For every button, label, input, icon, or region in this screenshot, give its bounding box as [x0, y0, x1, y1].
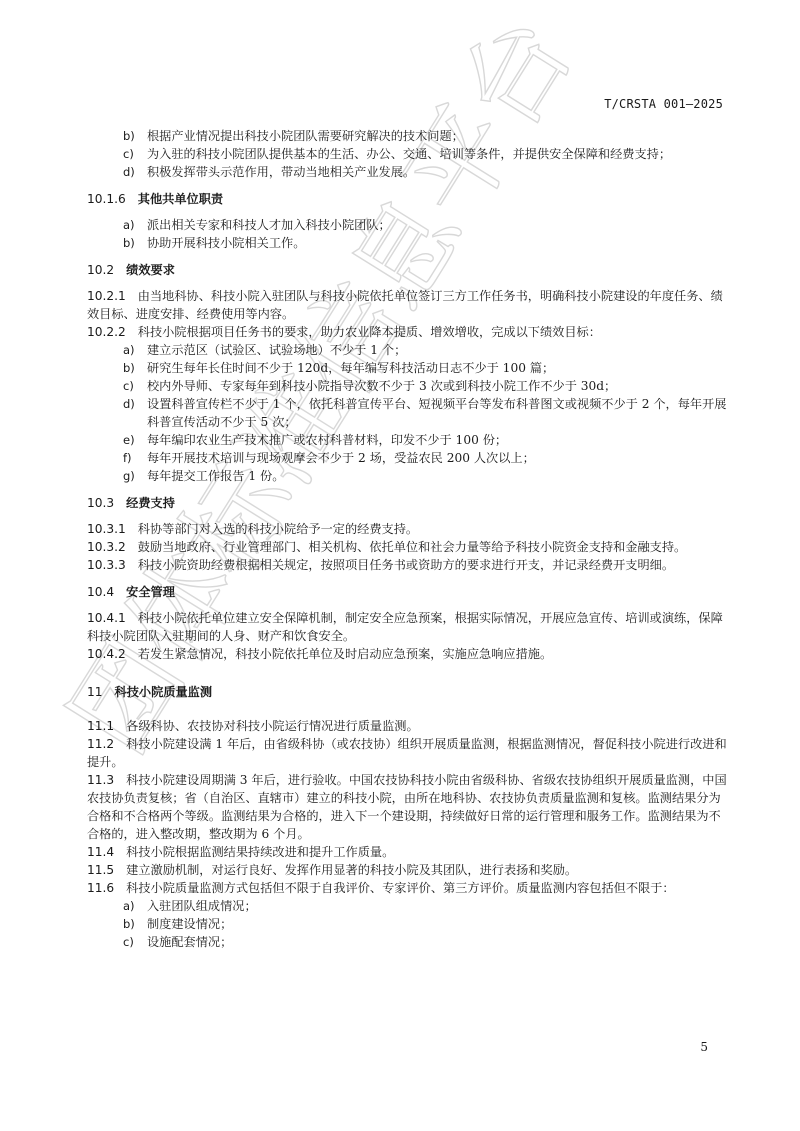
clause-paragraph: 11.5建立激励机制，对运行良好、发挥作用显著的科技小院及其团队，进行表扬和奖励… [87, 861, 727, 879]
section-number: 10.2 [87, 263, 114, 277]
list-item-label: d) [123, 395, 135, 413]
section-title: 绩效要求 [126, 263, 175, 277]
section-title: 安全管理 [126, 585, 175, 599]
list-item-text: 设施配套情况； [147, 935, 232, 949]
list-item: b)制度建设情况； [87, 915, 727, 933]
clause-text: 建立激励机制，对运行良好、发挥作用显著的科技小院及其团队，进行表扬和奖励。 [126, 863, 577, 877]
clause-paragraph: 11.2科技小院建设满 1 年后，由省级科协（或农技协）组织开展质量监测，根据监… [87, 735, 727, 771]
list-item: d)设置科普宣传栏不少于 1 个，依托科普宣传平台、短视频平台等发布科普图文或视… [87, 395, 727, 431]
list-item: b)根据产业情况提出科技小院团队需要研究解决的技术问题； [87, 127, 727, 145]
list-item-text: 每年编印农业生产技术推广或农村科普材料，印发不少于 100 份； [147, 433, 507, 447]
clause-number: 10.2.1 [87, 289, 126, 303]
list-item-text: 为入驻的科技小院团队提供基本的生活、办公、交通、培训等条件，并提供安全保障和经费… [147, 147, 671, 161]
list-item: e)每年编印农业生产技术推广或农村科普材料，印发不少于 100 份； [87, 431, 727, 449]
clause-text: 各级科协、农技协对科技小院运行情况进行质量监测。 [126, 719, 419, 733]
clause-text: 科技小院建设满 1 年后，由省级科协（或农技协）组织开展质量监测，根据监测情况，… [87, 737, 727, 769]
section-number: 10.1.6 [87, 192, 126, 206]
list-item-label: d) [123, 163, 135, 181]
list-item-text: 校内外导师、专家每年到科技小院指导次数不少于 3 次或到科技小院工作不少于 30… [147, 379, 616, 393]
list-item: g)每年提交工作报告 1 份。 [87, 467, 727, 485]
list-item-label: c) [123, 145, 134, 163]
clause-text: 科技小院资助经费根据相关规定，按照项目任务书或资助方的要求进行开支，并记录经费开… [138, 558, 674, 572]
clause-number: 11.2 [87, 737, 114, 751]
clause-text: 若发生紧急情况，科技小院依托单位及时启动应急预案，实施应急响应措施。 [138, 647, 552, 661]
section-heading: 10.3经费支持 [87, 494, 727, 512]
clause-paragraph: 10.4.2若发生紧急情况，科技小院依托单位及时启动应急预案，实施应急响应措施。 [87, 645, 727, 663]
standard-code: T/CRSTA 001—2025 [604, 97, 723, 111]
list-item-label: b) [123, 234, 135, 252]
list-item: a)入驻团队组成情况； [87, 897, 727, 915]
clause-paragraph: 11.1各级科协、农技协对科技小院运行情况进行质量监测。 [87, 717, 727, 735]
section-number: 10.3 [87, 496, 114, 510]
list-item: c)校内外导师、专家每年到科技小院指导次数不少于 3 次或到科技小院工作不少于 … [87, 377, 727, 395]
list-item-label: a) [123, 216, 135, 234]
section-heading: 10.1.6其他共单位职责 [87, 190, 727, 208]
clause-paragraph: 10.2.2科技小院根据项目任务书的要求，助力农业降本提质、增效增收，完成以下绩… [87, 323, 727, 341]
document-page: 团体标准信息平台 T/CRSTA 001—2025 b)根据产业情况提出科技小院… [0, 0, 800, 1131]
section-heading: 10.4安全管理 [87, 583, 727, 601]
clause-paragraph: 11.3科技小院建设周期满 3 年后，进行验收。中国农技协科技小院由省级科协、省… [87, 771, 727, 843]
list-item-label: c) [123, 377, 134, 395]
clause-paragraph: 10.3.3科技小院资助经费根据相关规定，按照项目任务书或资助方的要求进行开支，… [87, 556, 727, 574]
list-item: c)为入驻的科技小院团队提供基本的生活、办公、交通、培训等条件，并提供安全保障和… [87, 145, 727, 163]
clause-number: 10.4.2 [87, 647, 126, 661]
clause-number: 11.5 [87, 863, 114, 877]
document-body: b)根据产业情况提出科技小院团队需要研究解决的技术问题；c)为入驻的科技小院团队… [87, 127, 727, 951]
clause-paragraph: 10.3.2鼓励当地政府、行业管理部门、相关机构、依托单位和社会力量等给予科技小… [87, 538, 727, 556]
list-item: b)研究生每年长住时间不少于 120d，每年编写科技活动日志不少于 100 篇； [87, 359, 727, 377]
section-title: 经费支持 [126, 496, 175, 510]
list-item: c)设施配套情况； [87, 933, 727, 951]
clause-text: 科技小院依托单位建立安全保障机制，制定安全应急预案，根据实际情况，开展应急宣传、… [87, 611, 723, 643]
section-heading: 11科技小院质量监测 [87, 683, 727, 701]
clause-text: 由当地科协、科技小院入驻团队与科技小院依托单位签订三方工作任务书，明确科技小院建… [87, 289, 723, 321]
section-title: 科技小院质量监测 [115, 685, 213, 699]
list-item-text: 每年开展技术培训与现场观摩会不少于 2 场，受益农民 200 人次以上； [147, 451, 535, 465]
clause-text: 科技小院建设周期满 3 年后，进行验收。中国农技协科技小院由省级科协、省级农技协… [87, 773, 727, 841]
clause-text: 科技小院质量监测方式包括但不限于自我评价、专家评价、第三方评价。质量监测内容包括… [126, 881, 674, 895]
section-heading: 10.2绩效要求 [87, 261, 727, 279]
clause-text: 科技小院根据项目任务书的要求，助力农业降本提质、增效增收，完成以下绩效目标： [138, 325, 601, 339]
section-title: 其他共单位职责 [138, 192, 223, 206]
list-item-text: 协助开展科技小院相关工作。 [147, 236, 305, 250]
list-item: d)积极发挥带头示范作用，带动当地相关产业发展。 [87, 163, 727, 181]
list-item-label: e) [123, 431, 135, 449]
list-item-text: 研究生每年长住时间不少于 120d，每年编写科技活动日志不少于 100 篇； [147, 361, 554, 375]
list-item-text: 入驻团队组成情况； [147, 899, 257, 913]
clause-paragraph: 10.3.1科协等部门对入选的科技小院给予一定的经费支持。 [87, 520, 727, 538]
list-item-text: 设置科普宣传栏不少于 1 个，依托科普宣传平台、短视频平台等发布科普图文或视频不… [147, 397, 726, 429]
clause-paragraph: 11.4科技小院根据监测结果持续改进和提升工作质量。 [87, 843, 727, 861]
clause-number: 10.3.1 [87, 522, 126, 536]
clause-number: 10.3.3 [87, 558, 126, 572]
list-item-text: 建立示范区（试验区、试验场地）不少于 1 个； [147, 343, 406, 357]
list-item: a)建立示范区（试验区、试验场地）不少于 1 个； [87, 341, 727, 359]
list-item: b)协助开展科技小院相关工作。 [87, 234, 727, 252]
list-item-label: f) [123, 449, 132, 467]
list-item-label: c) [123, 933, 134, 951]
clause-number: 11.4 [87, 845, 114, 859]
list-item: a)派出相关专家和科技人才加入科技小院团队； [87, 216, 727, 234]
list-item-text: 派出相关专家和科技人才加入科技小院团队； [147, 218, 391, 232]
clause-number: 11.6 [87, 881, 114, 895]
clause-text: 科协等部门对入选的科技小院给予一定的经费支持。 [138, 522, 418, 536]
list-item-text: 根据产业情况提出科技小院团队需要研究解决的技术问题； [147, 129, 464, 143]
clause-text: 科技小院根据监测结果持续改进和提升工作质量。 [126, 845, 394, 859]
clause-number: 11.3 [87, 773, 114, 787]
section-number: 10.4 [87, 585, 114, 599]
list-item-text: 积极发挥带头示范作用，带动当地相关产业发展。 [147, 165, 415, 179]
page-number: 5 [700, 1040, 708, 1054]
section-number: 11 [87, 685, 103, 699]
clause-number: 10.3.2 [87, 540, 126, 554]
list-item: f)每年开展技术培训与现场观摩会不少于 2 场，受益农民 200 人次以上； [87, 449, 727, 467]
clause-number: 11.1 [87, 719, 114, 733]
clause-paragraph: 10.4.1科技小院依托单位建立安全保障机制，制定安全应急预案，根据实际情况，开… [87, 609, 727, 645]
clause-text: 鼓励当地政府、行业管理部门、相关机构、依托单位和社会力量等给予科技小院资金支持和… [138, 540, 686, 554]
list-item-label: a) [123, 341, 135, 359]
list-item-text: 制度建设情况； [147, 917, 232, 931]
list-item-label: a) [123, 897, 135, 915]
clause-number: 10.4.1 [87, 611, 126, 625]
list-item-label: g) [123, 467, 135, 485]
clause-number: 10.2.2 [87, 325, 126, 339]
list-item-label: b) [123, 359, 135, 377]
list-item-label: b) [123, 127, 135, 145]
list-item-label: b) [123, 915, 135, 933]
clause-paragraph: 11.6科技小院质量监测方式包括但不限于自我评价、专家评价、第三方评价。质量监测… [87, 879, 727, 897]
list-item-text: 每年提交工作报告 1 份。 [147, 469, 284, 483]
clause-paragraph: 10.2.1由当地科协、科技小院入驻团队与科技小院依托单位签订三方工作任务书，明… [87, 287, 727, 323]
